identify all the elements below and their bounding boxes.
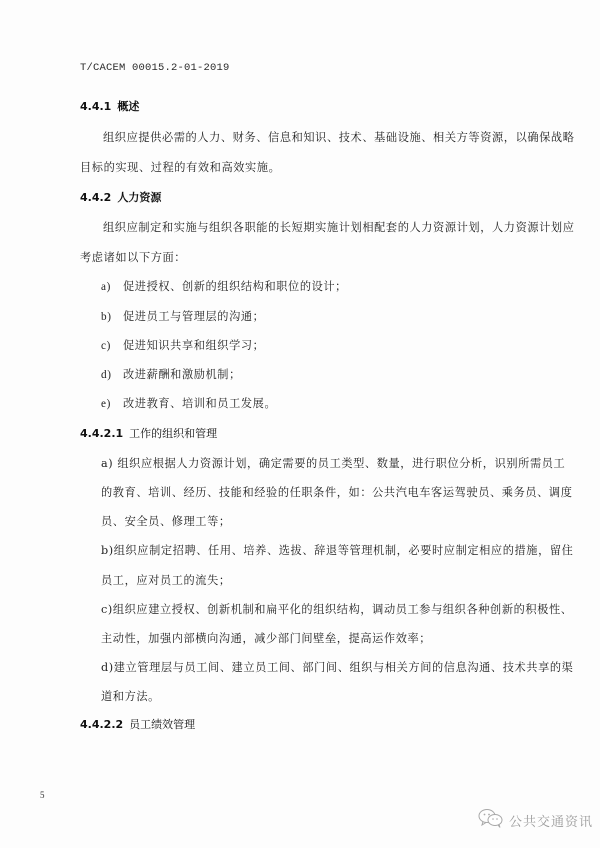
list-text: 改进薪酬和激励机制； bbox=[123, 368, 241, 381]
list-marker: e) bbox=[101, 398, 123, 410]
list-item: e)改进教育、培训和员工发展。 bbox=[101, 395, 276, 411]
section-heading-4-4-1: 4.4.1概述 bbox=[80, 98, 139, 114]
paragraph-line: 的教育、培训、经历、技能和经验的任职条件，如：公共汽电车客运驾驶员、乘务员、调度 bbox=[101, 484, 573, 500]
list-text: 促进知识共享和组织学习； bbox=[123, 339, 264, 352]
paragraph-line: c)组织应建立授权、创新机制和扁平化的组织结构，调动员工参与组织各种创新的积极性… bbox=[101, 601, 573, 617]
section-title: 概述 bbox=[117, 100, 139, 113]
section-title: 工作的组织和管理 bbox=[129, 427, 217, 440]
section-title: 员工绩效管理 bbox=[129, 718, 195, 731]
paragraph-line: b)组织应制定招聘、任用、培养、选拔、辞退等管理机制，必要时应制定相应的措施，留… bbox=[101, 542, 573, 558]
list-text: 促进员工与管理层的沟通； bbox=[123, 310, 264, 323]
section-heading-4-4-2-2: 4.4.2.2员工绩效管理 bbox=[80, 716, 195, 732]
page-number: 5 bbox=[40, 790, 45, 800]
list-marker: a) bbox=[101, 281, 123, 293]
paragraph-line: 组织应制定和实施与组织各职能的长短期实施计划相配套的人力资源计划，人力资源计划应 bbox=[103, 219, 575, 235]
paragraph-line: 员工，应对员工的流失； bbox=[101, 572, 231, 588]
section-number: 4.4.1 bbox=[80, 100, 111, 113]
paragraph-line: 道和方法。 bbox=[101, 688, 160, 704]
list-item: d)改进薪酬和激励机制； bbox=[101, 366, 241, 382]
section-number: 4.4.2.2 bbox=[80, 718, 123, 731]
paragraph-line: 目标的实现、过程的有效和高效实施。 bbox=[80, 159, 280, 175]
section-heading-4-4-2-1: 4.4.2.1工作的组织和管理 bbox=[80, 425, 217, 441]
standard-code: T/CACEM 00015.2-01-2019 bbox=[80, 62, 230, 74]
document-page: T/CACEM 00015.2-01-2019 4.4.1概述 组织应提供必需的… bbox=[0, 0, 600, 848]
list-item: c)促进知识共享和组织学习； bbox=[101, 337, 264, 353]
list-text: 促进授权、创新的组织结构和职位的设计； bbox=[123, 280, 347, 293]
section-heading-4-4-2: 4.4.2人力资源 bbox=[80, 189, 161, 205]
paragraph-line: 员、安全员、修理工等； bbox=[101, 513, 231, 529]
paragraph-line: 主动性，加强内部横向沟通，减少部门间壁垒，提高运作效率； bbox=[101, 630, 431, 646]
section-number: 4.4.2 bbox=[80, 191, 111, 204]
list-marker: c) bbox=[101, 340, 123, 352]
paragraph-line: d)建立管理层与员工间、建立员工间、部门间、组织与相关方间的信息沟通、技术共享的… bbox=[101, 659, 573, 675]
list-item: b)促进员工与管理层的沟通； bbox=[101, 308, 264, 324]
section-number: 4.4.2.1 bbox=[80, 427, 123, 440]
section-title: 人力资源 bbox=[117, 191, 161, 204]
paragraph-line: a) 组织应根据人力资源计划，确定需要的员工类型、数量，进行职位分析，识别所需员… bbox=[101, 455, 565, 471]
watermark-text: 公共交通资讯 bbox=[509, 811, 593, 830]
list-text: 改进教育、培训和员工发展。 bbox=[123, 397, 276, 410]
wechat-icon bbox=[478, 808, 509, 832]
paragraph-line: 考虑诸如以下方面： bbox=[80, 249, 186, 265]
paragraph-line: 组织应提供必需的人力、财务、信息和知识、技术、基础设施、相关方等资源，以确保战略 bbox=[103, 129, 575, 145]
watermark: 公共交通资讯 bbox=[478, 808, 593, 832]
list-item: a)促进授权、创新的组织结构和职位的设计； bbox=[101, 278, 347, 294]
list-marker: b) bbox=[101, 311, 123, 323]
list-marker: d) bbox=[101, 369, 123, 381]
